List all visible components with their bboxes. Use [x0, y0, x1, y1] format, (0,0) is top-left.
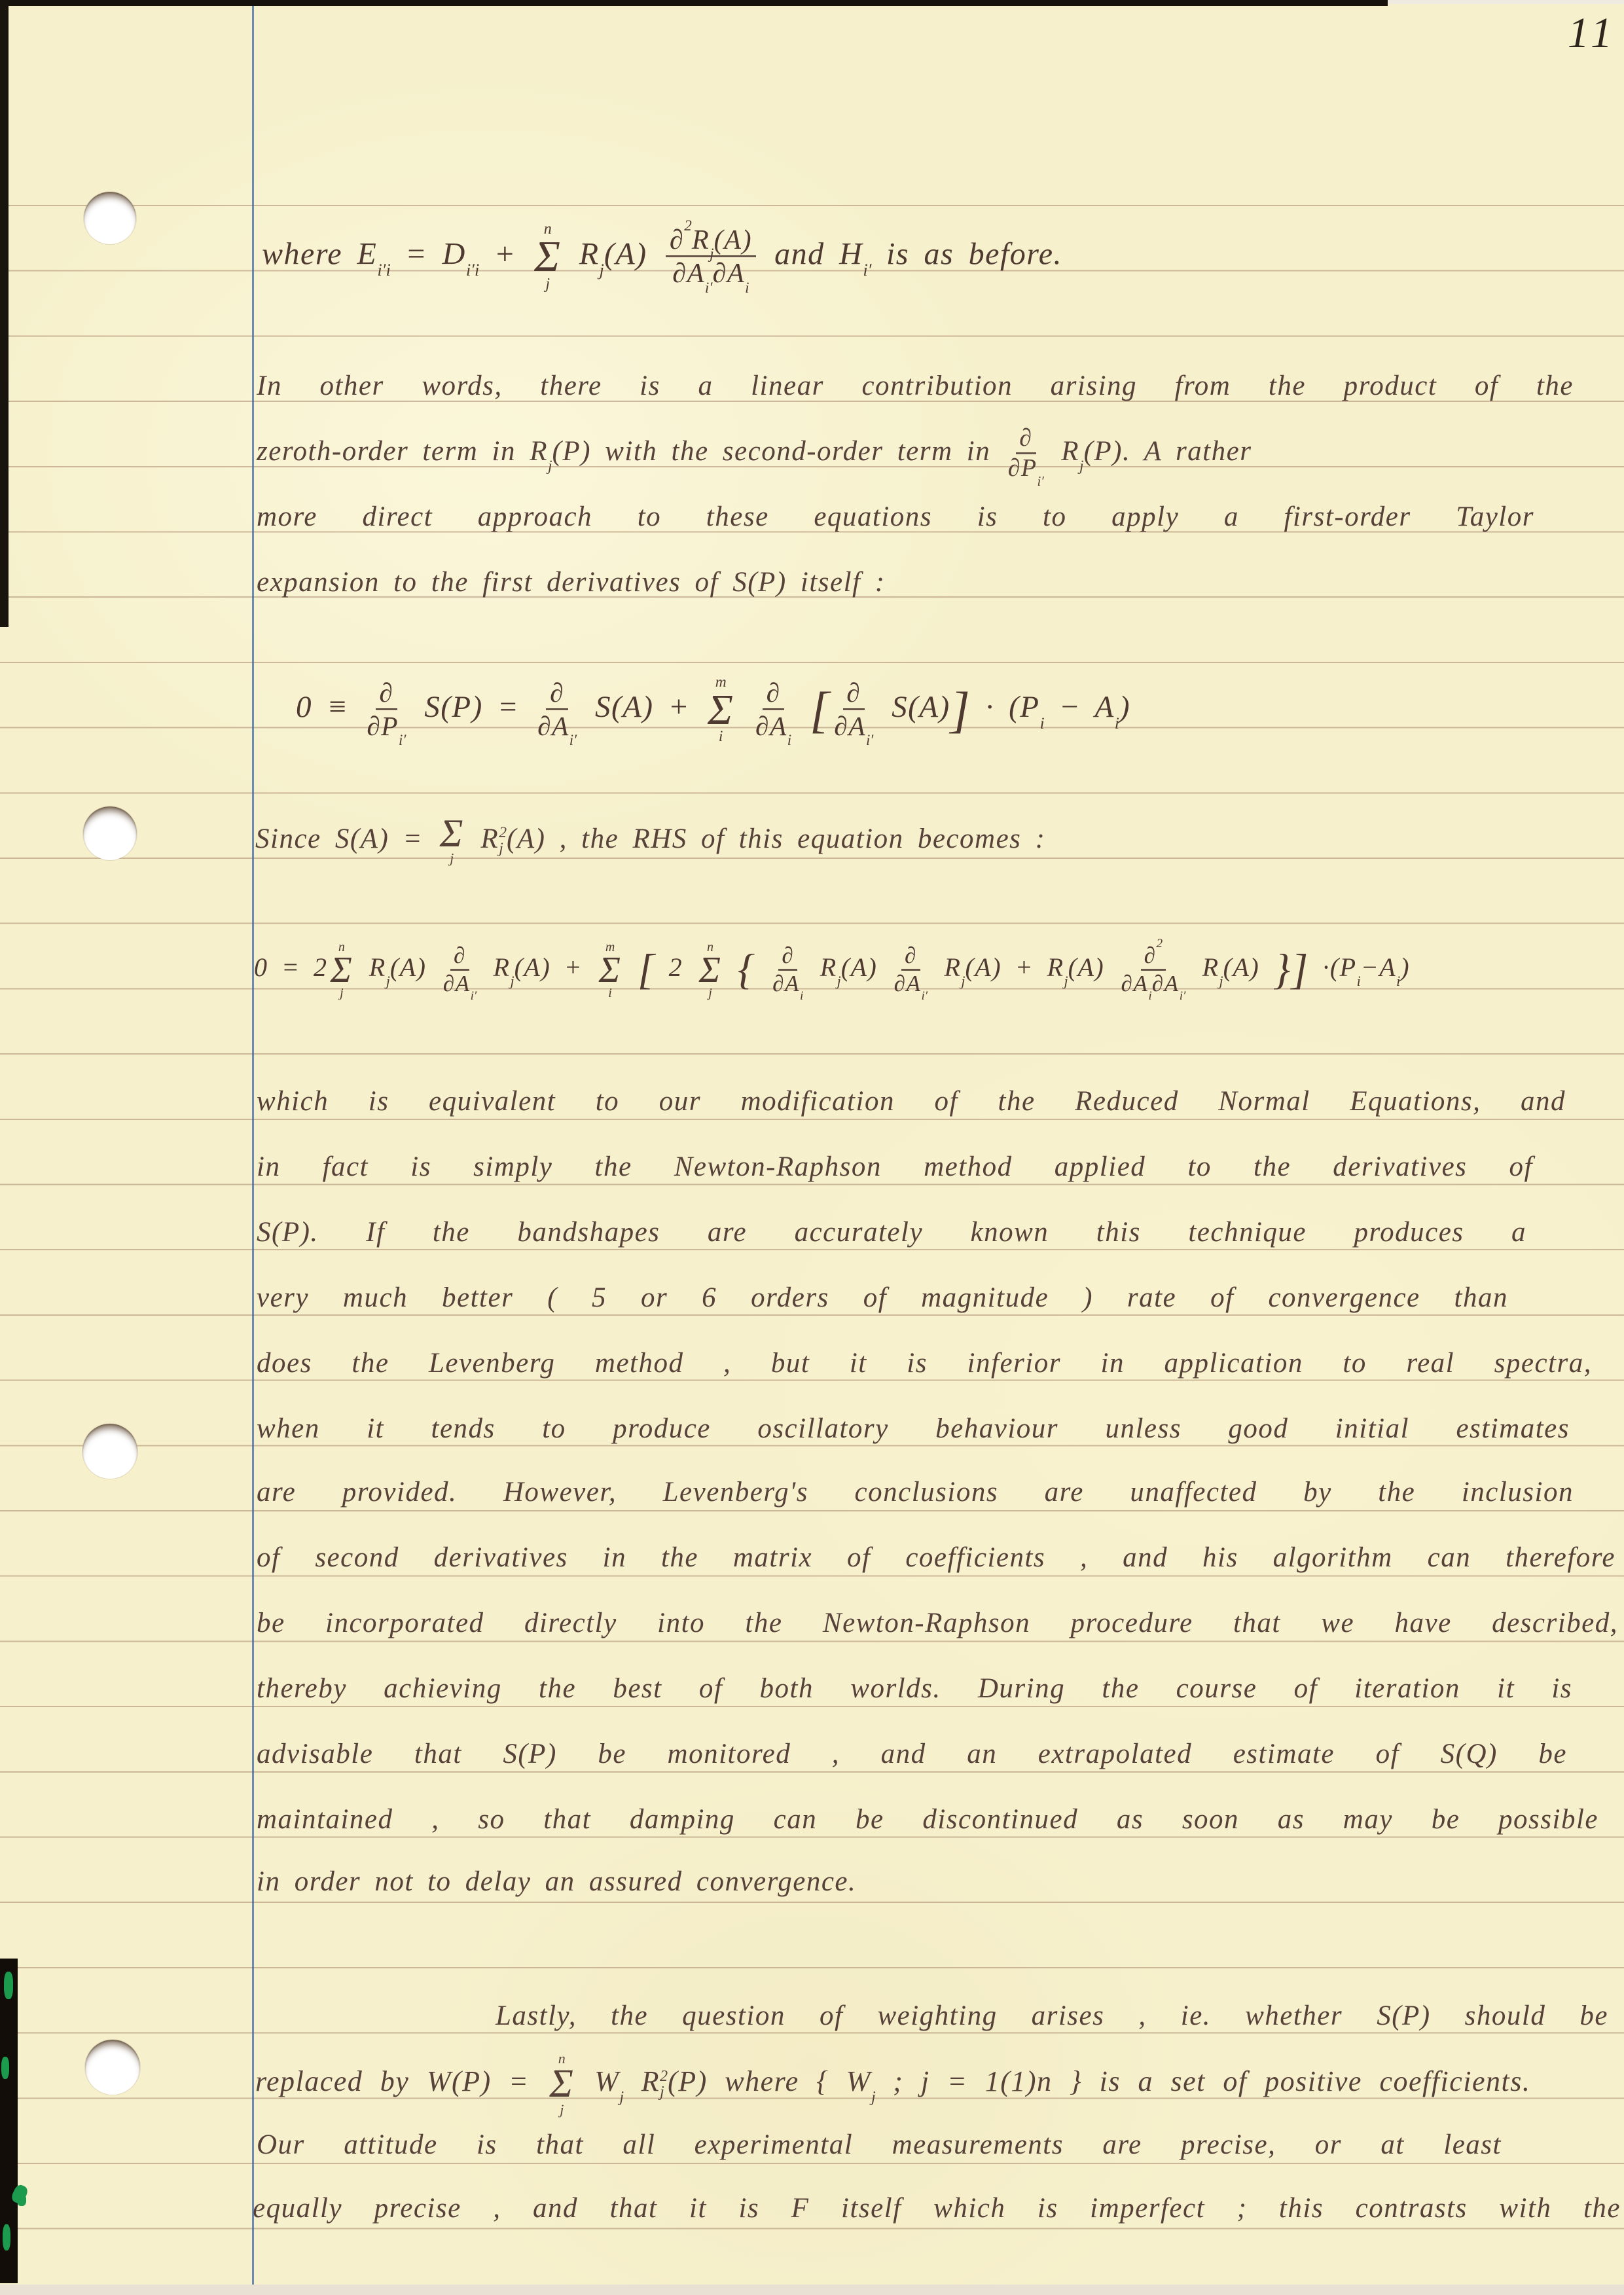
scan-edge-bottom: [0, 2285, 1624, 2295]
scan-edge-left-upper: [0, 0, 9, 627]
paragraph2-line9: be incorporated directly into the Newton…: [257, 1591, 1618, 1656]
paragraph2-line8: of second derivatives in the matrix of c…: [257, 1525, 1615, 1591]
paragraph2-line7: are provided. However, Levenberg's concl…: [257, 1460, 1574, 1525]
paragraph2-line12: maintained , so that damping can be disc…: [257, 1787, 1598, 1852]
binding-fiber: [1, 2057, 9, 2079]
paragraph2-line4: very much better ( 5 or 6 orders of magn…: [257, 1265, 1508, 1331]
paragraph1-line1: In other words, there is a linear contri…: [257, 353, 1574, 419]
binding-fiber: [4, 1972, 13, 1999]
notebook-page: 11 where Ei′i = Di′i + nΣj Rj(A) ∂2Rj(A)…: [0, 0, 1624, 2295]
paragraph2-line1: which is equivalent to our modification …: [257, 1069, 1566, 1134]
paragraph1-line2: zeroth-order term in Rj(P) with the seco…: [257, 419, 1252, 484]
binding-fiber: [3, 2224, 10, 2250]
paragraph1-line3: more direct approach to these equations …: [257, 484, 1534, 550]
equation-e-definition: where Ei′i = Di′i + nΣj Rj(A) ∂2Rj(A)∂Ai…: [262, 221, 1062, 287]
paragraph2-line11: advisable that S(P) be monitored , and a…: [257, 1722, 1567, 1787]
since-line: Since S(A) = Σj R2j(A) , the RHS of this…: [255, 806, 1045, 872]
paragraph3-line4: equally precise , and that it is F itsel…: [253, 2176, 1621, 2241]
paragraph2-line10: thereby achieving the best of both world…: [257, 1656, 1572, 1722]
page-number: 11: [1558, 4, 1617, 63]
punch-hole: [83, 806, 137, 860]
paragraph3-line3: Our attitude is that all experimental me…: [257, 2112, 1502, 2178]
scan-edge-top: [0, 0, 1388, 6]
punch-hole: [82, 1424, 137, 1479]
punch-hole: [84, 192, 136, 244]
paragraph3-line1: Lastly, the question of weighting arises…: [496, 1983, 1608, 2049]
paragraph2-line2: in fact is simply the Newton-Raphson met…: [257, 1134, 1533, 1200]
paragraph2-line3: S(P). If the bandshapes are accurately k…: [257, 1200, 1526, 1265]
paragraph1-line4: expansion to the first derivatives of S(…: [257, 550, 886, 615]
margin-rule-line: [252, 0, 254, 2295]
paragraph2-line13: in order not to delay an assured converg…: [257, 1849, 856, 1915]
paragraph2-line5: does the Levenberg method , but it is in…: [257, 1331, 1592, 1396]
binding-fiber: [17, 2194, 26, 2206]
paragraph3-line2: replaced by W(P) = nΣj Wj R2j(P) where {…: [255, 2049, 1530, 2114]
punch-hole: [85, 2040, 140, 2095]
paragraph2-line6: when it tends to produce oscillatory beh…: [257, 1396, 1570, 1462]
equation-taylor-expansion: 0 ≡ ∂∂Pi′ S(P) = ∂∂Ai′ S(A) + mΣi ∂∂Ai […: [296, 674, 1130, 740]
equation-expanded-rhs: 0 = 2nΣj Rj(A) ∂∂Ai′ Rj(A) + mΣi [ 2 nΣj…: [254, 935, 1410, 1000]
